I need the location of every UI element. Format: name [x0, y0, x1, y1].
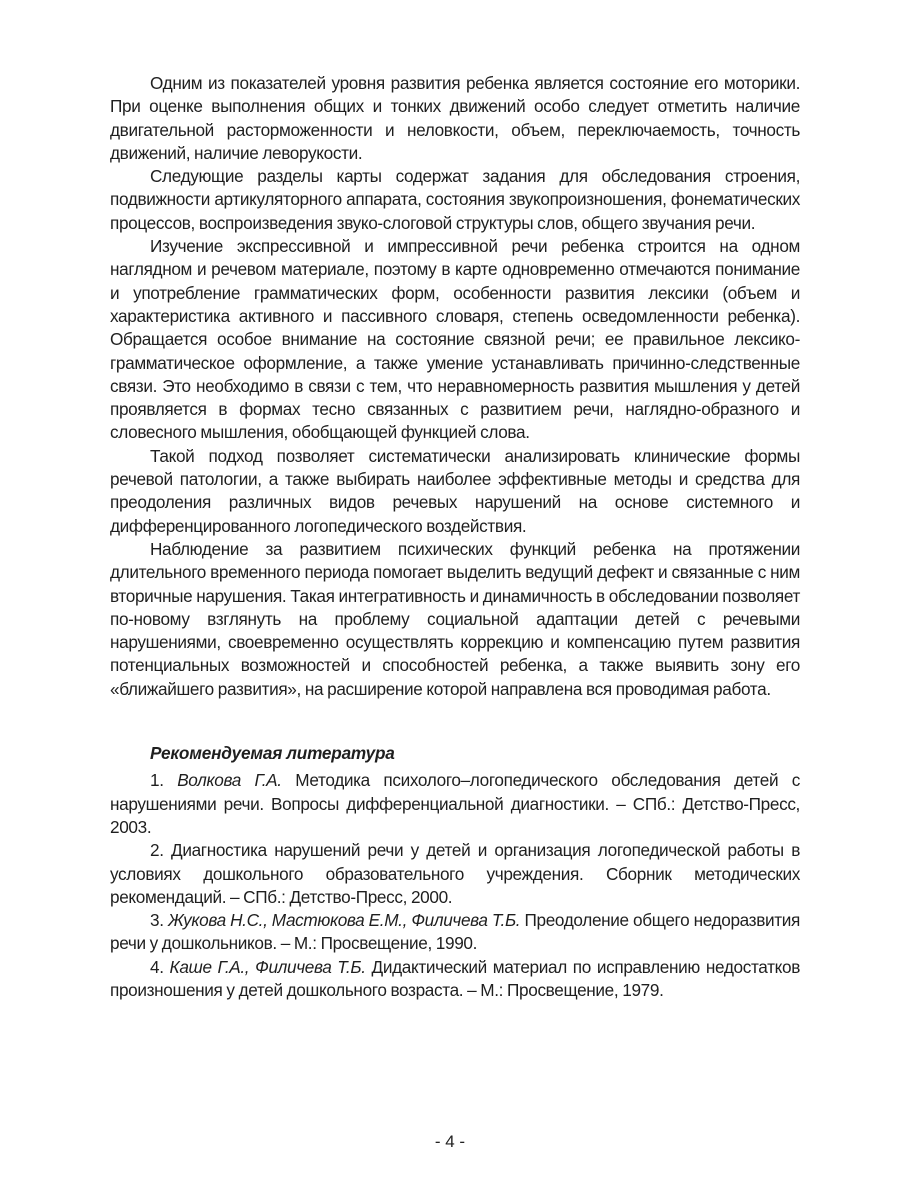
- literature-item: 4. Каше Г.А., Филичева Т.Б. Дидактически…: [110, 956, 800, 1003]
- page-number: - 4 -: [0, 1132, 900, 1152]
- paragraph-observation: Наблюдение за развитием психических функ…: [110, 538, 800, 701]
- literature-item-text: Диагностика нарушений речи у детей и орг…: [110, 840, 800, 907]
- literature-item-number: 1.: [150, 770, 164, 790]
- literature-item: 1. Волкова Г.А. Методика психолого–логоп…: [110, 769, 800, 839]
- literature-item: 2. Диагностика нарушений речи у детей и …: [110, 839, 800, 909]
- literature-item-number: 4.: [150, 957, 164, 977]
- paragraph-motor-skills: Одним из показателей уровня развития реб…: [110, 72, 800, 165]
- document-page: Одним из показателей уровня развития реб…: [110, 72, 800, 1002]
- literature-item-author: Волкова Г.А.: [177, 770, 282, 790]
- literature-item-author: Каше Г.А., Филичева Т.Б.: [170, 957, 366, 977]
- literature-item-author: Жукова Н.С., Мастюкова Е.М., Филичева Т.…: [168, 910, 520, 930]
- paragraph-card-sections: Следующие разделы карты содержат задания…: [110, 165, 800, 235]
- paragraph-approach: Такой подход позволяет систематически ан…: [110, 445, 800, 538]
- paragraph-expressive-speech: Изучение экспрессивной и импрессивной ре…: [110, 235, 800, 445]
- literature-item-number: 2.: [150, 840, 164, 860]
- literature-heading: Рекомендуемая литература: [110, 742, 800, 765]
- literature-item: 3. Жукова Н.С., Мастюкова Е.М., Филичева…: [110, 909, 800, 956]
- literature-item-number: 3.: [150, 910, 164, 930]
